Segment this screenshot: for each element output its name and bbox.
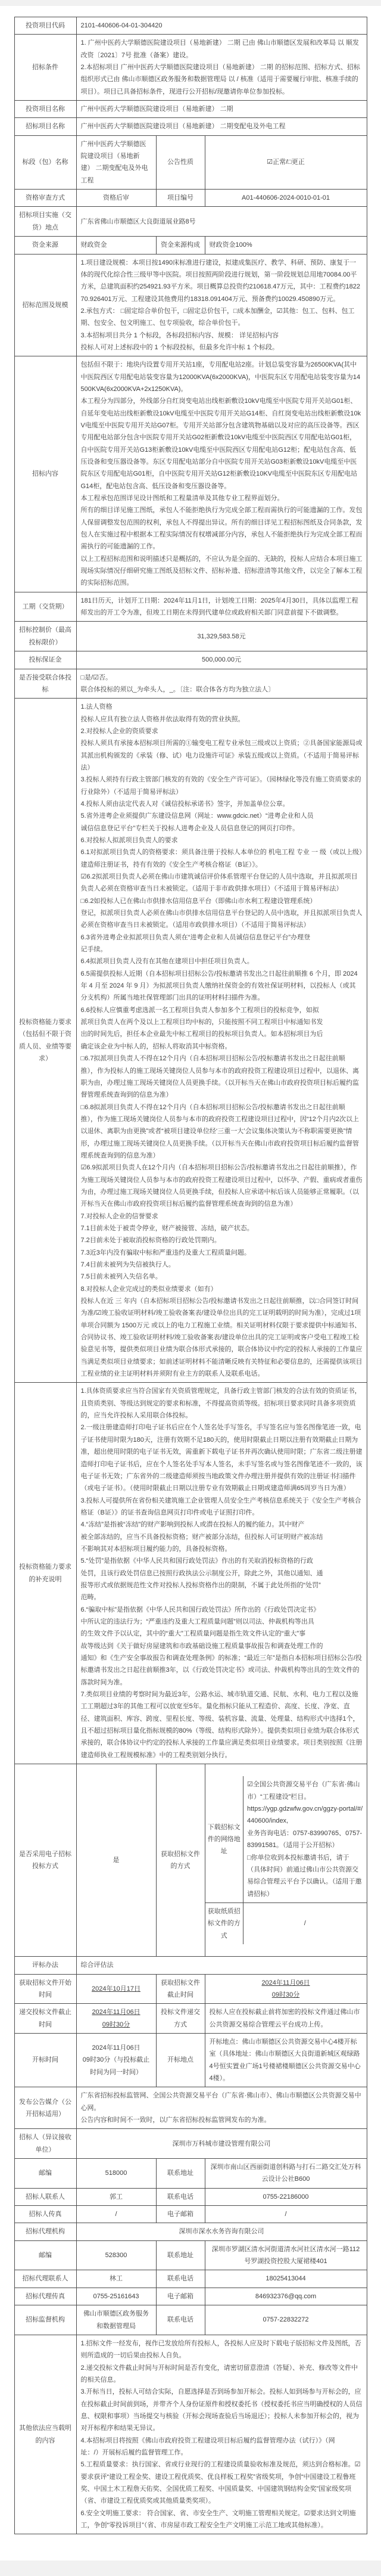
evaluation-method-value: 综合评估法 — [76, 1957, 367, 1974]
tender-announcement-table: 投资项目代码 2101-440606-04-01-304420 招标条件 1. … — [14, 17, 367, 2534]
agency-value: 深圳市深水水务咨询有限公司 — [76, 2223, 367, 2240]
row-paper-document: 获取纸质招标文件的方式 / — [205, 1902, 367, 1944]
row-tender-conditions: 招标条件 1. 广州中医药大学顺德医院建设项目（易地新建） 二期 已由 佛山市顺… — [14, 35, 367, 101]
tender-conditions-label: 招标条件 — [14, 35, 76, 101]
doc-end-time-label: 获取招标文件截止时间 — [156, 1974, 205, 2004]
obtain-method-label: 获取招标文件的方式 — [156, 1764, 205, 1957]
row-project-code: 投资项目代码 2101-440606-04-01-304420 — [14, 17, 367, 35]
bid-opening-place-value: 开标地点：佛山市顺德区公共资源交易中心4楼开标室（具体地址：佛山市顺德区大良街道… — [205, 2033, 367, 2087]
row-download-address: 下载招标文件的网络地址 ☑全国公共资源交易平台（广东省·佛山市）“工程建设”栏目… — [205, 1776, 367, 1902]
notice-nature-value: ☑正常/□更正 — [205, 135, 367, 189]
row-other-content: 其他依法应当载明的内容 1.招标文件一经发布，视作已发放给所有投标人，各投标人应… — [14, 2335, 367, 2534]
consortium-value: □是/☑否。 联合体投标的须以_为牵头人，_。〔注：联合体各方均为独立法人〕 — [76, 669, 367, 699]
row-bid-bond: 投标保证金 500,000.00元 — [14, 651, 367, 669]
row-agency: 招标代理机构 深圳市深水水务咨询有限公司 — [14, 2223, 367, 2240]
tenderer-postcode-value: 518000 — [76, 2159, 156, 2189]
qualification-method-value: 资格后审 — [76, 190, 156, 207]
tenderer-fax-label: 招标人传真 — [14, 2206, 76, 2223]
download-address-label: 下载招标文件的网络地址 — [205, 1776, 243, 1902]
tender-scope-value: 1.项目建设规模：本项目按1490床标准进行建设，拟建成集医疗、教学、科研、预防… — [76, 254, 367, 356]
tenderer-email-value: / — [205, 2206, 367, 2223]
tenderer-address-value: 深圳市南山区西丽街道创科路与打石二路交汇处万科云设计公社B600 — [205, 2159, 367, 2189]
section-name-label: 标段（包）名称 — [14, 135, 76, 189]
bid-opening-time-label: 开标时间 — [14, 2033, 76, 2087]
agency-email-label: 电子邮箱 — [156, 2288, 205, 2305]
row-announcement-media: 发布公告媒介（公开招标适用） 广东省招标投标监管网、全国公共资源交易平台（广东省… — [14, 2087, 367, 2129]
row-tenderer-postcode: 邮编 518000 联系地址 深圳市南山区西丽街道创科路与打石二路交汇处万科云设… — [14, 2159, 367, 2189]
other-content-label: 其他依法应当载明的内容 — [14, 2335, 76, 2534]
submission-method-label: 投标文件递交方式 — [156, 2004, 205, 2034]
bid-opening-time-value: 2024年11月06日 09时30分（与投标截止时间为同一时间） — [76, 2033, 156, 2087]
row-tender-project-name: 招标项目名称 广州中医药大学顺德医院建设项目（易地新建） 二期变配电及外电工程 — [14, 118, 367, 135]
row-consortium: 是否接受联合体投标 □是/☑否。 联合体投标的须以_为牵头人，_。〔注：联合体各… — [14, 669, 367, 699]
row-agency-postcode: 邮编 528300 联系地址 深圳市罗湖区清水河街道清水河社区清水河一路112号… — [14, 2240, 367, 2270]
row-agency-contact: 招标代理联系人 林工 联系电话 18025413044 — [14, 2270, 367, 2288]
row-delivery-location: 招标项目实施（交货）地点 广东省佛山市顺德区大良街道展业路8号 — [14, 207, 367, 237]
other-content-value: 1.招标文件一经发布，视作已发放给所有投标人，各投标人应及时下载电子版招标文件及… — [76, 2335, 367, 2534]
funding-composition-label: 资金来源构成 — [156, 237, 205, 254]
page-bottom-strip — [0, 2561, 381, 2576]
tenderer-label: 招标人（异议接收单位） — [14, 2129, 76, 2159]
row-tenderer-fax: 招标人传真 / 电子邮箱 / — [14, 2206, 367, 2223]
tenderer-fax-value: / — [76, 2206, 156, 2223]
tender-content-label: 招标内容 — [14, 356, 76, 592]
row-tender-scope: 招标范围及规模 1.项目建设规模：本项目按1490床标准进行建设，拟建成集医疗、… — [14, 254, 367, 356]
supervisor-phone-label: 联系电话 — [156, 2305, 205, 2335]
tenderer-contact-value: 郭工 — [76, 2188, 156, 2205]
tenderer-postcode-label: 邮编 — [14, 2159, 76, 2189]
tender-project-name-value: 广州中医药大学顺德医院建设项目（易地新建） 二期变配电及外电工程 — [76, 118, 367, 135]
funding-composition-value: 财政资金100% — [205, 237, 367, 254]
doc-start-time-label: 获取招标文件开始时间 — [14, 1974, 76, 2004]
row-bid-opening: 开标时间 2024年11月06日 09时30分（与投标截止时间为同一时间） 开标… — [14, 2033, 367, 2087]
qualification-requirements-value: 1.法人资格 投标人应具有独立法人资格并依法取得有效的营业执照。 2.对投标人企… — [76, 699, 367, 1383]
row-document-obtain-time: 获取招标文件开始时间 2024年10月17日 获取招标文件截止时间 2024年1… — [14, 1974, 367, 2004]
agency-postcode-label: 邮编 — [14, 2240, 76, 2270]
agency-contact-value: 林工 — [76, 2270, 156, 2288]
qualification-supplement-label: 投标资格能力要求的补充说明 — [14, 1383, 76, 1764]
tenderer-address-label: 联系地址 — [156, 2159, 205, 2189]
bid-bond-value: 500,000.00元 — [76, 651, 367, 669]
funding-source-label: 资金来源 — [14, 237, 76, 254]
agency-postcode-value: 528300 — [76, 2240, 156, 2270]
qualification-supplement-value: 1.具体资质要求应当符合国家有关资质管理规定，具备行政主管部门核发的合法有效的资… — [76, 1383, 367, 1764]
row-tenderer-contact: 招标人联系人 郭工 联系电话 0755-22186000 — [14, 2188, 367, 2205]
investment-project-name-label: 投资项目名称 — [14, 101, 76, 118]
tenderer-phone-label: 联系电话 — [156, 2188, 205, 2205]
e-bidding-label: 是否采用电子招标投标方式 — [14, 1764, 76, 1957]
row-funding-source: 资金来源 财政资金 资金来源构成 财政资金100% — [14, 237, 367, 254]
agency-address-value: 深圳市罗湖区清水河街道清水河社区清水河一路112号罗湖投资控股大厦裙楼401 — [205, 2240, 367, 2270]
row-price-ceiling: 招标控制价（最高投标限价） 31,329,583.58元 — [14, 622, 367, 651]
duration-value: 181日历天，计划开工日期：2024年11月1日，计划竣工日期：2025年4月3… — [76, 592, 367, 622]
agency-phone-value: 18025413044 — [205, 2270, 367, 2288]
agency-fax-value: 0755-25161643 — [76, 2288, 156, 2305]
row-supervisor: 招标监督机构 佛山市顺德区政务服务和数据管理局 联系电话 0757-228322… — [14, 2305, 367, 2335]
project-code-label: 投资项目代码 — [14, 17, 76, 35]
row-agency-fax: 招标代理传真 0755-25161643 电子邮箱 846932376@qq.c… — [14, 2288, 367, 2305]
consortium-label: 是否接受联合体投标 — [14, 669, 76, 699]
tender-content-value: 包括但不限于：地块内设置专用开关站1座，专用配电站2座。计划总装变容量为2650… — [76, 356, 367, 592]
doc-end-time-value: 2024年11月06日 09时30分 — [205, 1974, 367, 2004]
row-submission: 递交投标文件截止时间 2024年11月06日 09时30分 投标文件递交方式 投… — [14, 2004, 367, 2034]
agency-fax-label: 招标代理传真 — [14, 2288, 76, 2305]
bid-bond-label: 投标保证金 — [14, 651, 76, 669]
tenderer-contact-label: 招标人联系人 — [14, 2188, 76, 2205]
row-qualification-supplement: 投标资格能力要求的补充说明 1.具体资质要求应当符合国家有关资质管理规定，具备行… — [14, 1383, 367, 1764]
section-name-value: 广州中医药大学顺德医院建设项目（易地新建） 二期变配电及外电工程 — [76, 135, 156, 189]
announcement-media-value: 广东省招标投标监管网、全国公共资源交易平台（广东省·佛山市）、佛山市顺德区公共资… — [76, 2087, 367, 2129]
row-investment-project-name: 投资项目名称 广州中医药大学顺德医院建设项目（易地新建） 二期 — [14, 101, 367, 118]
paper-document-label: 获取纸质招标文件的方式 — [205, 1902, 243, 1944]
qualification-requirements-label: 投标资格能力要求（包括但不限于资质人员、业绩等要求） — [14, 699, 76, 1383]
delivery-location-label: 招标项目实施（交货）地点 — [14, 207, 76, 237]
tenderer-value: 深圳市万科城市建设管理有限公司 — [76, 2129, 367, 2159]
duration-label: 工期（交货期） — [14, 592, 76, 622]
submission-method-value: 投标人应在投标截止前将加密的投标文件通过佛山市公共资源交易综合管理云平台成功上传… — [205, 2004, 367, 2034]
bid-opening-place-label: 开标地点 — [156, 2033, 205, 2087]
delivery-location-value: 广东省佛山市顺德区大良街道展业路8号 — [76, 207, 367, 237]
row-tenderer: 招标人（异议接收单位） 深圳市万科城市建设管理有限公司 — [14, 2129, 367, 2159]
paper-document-value: / — [243, 1902, 367, 1944]
e-bidding-value: 是 — [76, 1764, 156, 1957]
project-code-value: 2101-440606-04-01-304420 — [76, 17, 367, 35]
row-duration: 工期（交货期） 181日历天，计划开工日期：2024年11月1日，计划竣工日期：… — [14, 592, 367, 622]
row-section-name: 标段（包）名称 广州中医药大学顺德医院建设项目（易地新建） 二期变配电及外电工程… — [14, 135, 367, 189]
agency-address-label: 联系地址 — [156, 2240, 205, 2270]
funding-source-value: 财政资金 — [76, 237, 156, 254]
agency-contact-label: 招标代理联系人 — [14, 2270, 76, 2288]
obtain-method-inner-table: 下载招标文件的网络地址 ☑全国公共资源交易平台（广东省·佛山市）“工程建设”栏目… — [205, 1776, 367, 1944]
supervisor-label: 招标监督机构 — [14, 2305, 76, 2335]
notice-nature-label: 公告性质 — [156, 135, 205, 189]
price-ceiling-value: 31,329,583.58元 — [76, 622, 367, 651]
tender-conditions-value: 1. 广州中医药大学顺德医院建设项目（易地新建） 二期 已由 佛山市顺德区发展和… — [76, 35, 367, 101]
row-evaluation-method: 评标办法 综合评估法 — [14, 1957, 367, 1974]
investment-project-name-value: 广州中医药大学顺德医院建设项目（易地新建） 二期 — [76, 101, 367, 118]
submission-deadline-value: 2024年11月06日 09时30分 — [76, 2004, 156, 2034]
tender-scope-label: 招标范围及规模 — [14, 254, 76, 356]
row-qualification-method: 资格审查方式 资格后审 项目编号 A01-440606-2024-0010-01… — [14, 190, 367, 207]
evaluation-method-label: 评标办法 — [14, 1957, 76, 1974]
row-qualification-requirements: 投标资格能力要求（包括但不限于资质人员、业绩等要求） 1.法人资格 投标人应具有… — [14, 699, 367, 1383]
row-e-bidding: 是否采用电子招标投标方式 是 获取招标文件的方式 下载招标文件的网络地址 ☑全国… — [14, 1764, 367, 1957]
tenderer-phone-value: 0755-22186000 — [205, 2188, 367, 2205]
agency-phone-label: 联系电话 — [156, 2270, 205, 2288]
agency-email-value: 846932376@qq.com — [205, 2288, 367, 2305]
submission-deadline-label: 递交投标文件截止时间 — [14, 2004, 76, 2034]
doc-start-time-value: 2024年10月17日 — [76, 1974, 156, 2004]
agency-label: 招标代理机构 — [14, 2223, 76, 2240]
project-number-value: A01-440606-2024-0010-01-01 — [205, 190, 367, 207]
row-tender-content: 招标内容 包括但不限于：地块内设置专用开关站1座，专用配电站2座。计划总装变容量… — [14, 356, 367, 592]
announcement-media-label: 发布公告媒介（公开招标适用） — [14, 2087, 76, 2129]
obtain-method-cell: 下载招标文件的网络地址 ☑全国公共资源交易平台（广东省·佛山市）“工程建设”栏目… — [205, 1764, 367, 1957]
supervisor-phone-value: 0757-22832272 — [205, 2305, 367, 2335]
tender-project-name-label: 招标项目名称 — [14, 118, 76, 135]
supervisor-value: 佛山市顺德区政务服务和数据管理局 — [76, 2305, 156, 2335]
download-address-value: ☑全国公共资源交易平台（广东省·佛山市）“工程建设”栏目。 https://yg… — [243, 1776, 367, 1902]
project-number-label: 项目编号 — [156, 190, 205, 207]
qualification-method-label: 资格审查方式 — [14, 190, 76, 207]
price-ceiling-label: 招标控制价（最高投标限价） — [14, 622, 76, 651]
page-top-strip — [0, 0, 381, 6]
tenderer-email-label: 电子邮箱 — [156, 2206, 205, 2223]
